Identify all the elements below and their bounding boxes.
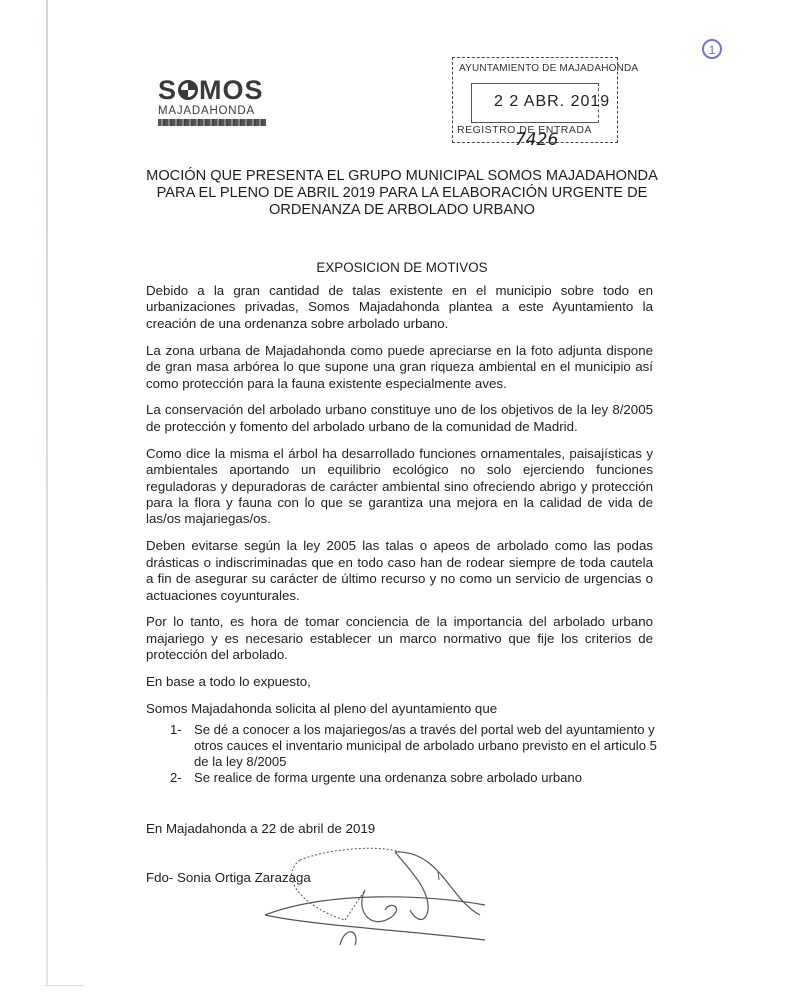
date-line: En Majadahonda a 22 de abril de 2019 [146, 821, 375, 836]
paragraph: Por lo tanto, es hora de tomar concienci… [146, 614, 653, 663]
logo-subtitle: MAJADAHONDA [158, 105, 268, 117]
somos-majadahonda-logo: S MOS MAJADAHONDA [158, 76, 268, 126]
paragraph: Como dice la misma el árbol ha desarroll… [146, 446, 653, 528]
section-heading: EXPOSICION DE MOTIVOS [146, 260, 658, 275]
document-body: Debido a la gran cantidad de talas exist… [146, 283, 653, 728]
stamp-date: 2 2 ABR. 2019 [494, 93, 610, 111]
logo-wordmark: S MOS [158, 76, 268, 104]
list-text: Se dé a conocer a los majariegos/as a tr… [194, 722, 660, 770]
paragraph: Deben evitarse según la ley 2005 las tal… [146, 538, 653, 604]
paragraph: La zona urbana de Majadahonda como puede… [146, 343, 653, 392]
list-item: 1- Se dé a conocer a los majariegos/as a… [170, 722, 660, 770]
stamp-number: 7426 [515, 130, 558, 150]
registry-stamp: AYUNTAMIENTO DE MAJADAHONDA 2 2 ABR. 201… [452, 57, 618, 143]
stamp-office: AYUNTAMIENTO DE MAJADAHONDA [459, 63, 638, 74]
signature-icon [250, 840, 490, 955]
paragraph: Debido a la gran cantidad de talas exist… [146, 283, 653, 332]
document-title: MOCIÓN QUE PRESENTA EL GRUPO MUNICIPAL S… [146, 168, 658, 219]
scan-edge [46, 0, 48, 985]
requests-list: 1- Se dé a conocer a los majariegos/as a… [170, 722, 660, 786]
paragraph: En base a todo lo expuesto, [146, 674, 653, 690]
list-item: 2- Se realice de forma urgente una orden… [170, 770, 660, 786]
page-number-mark: 1 [702, 39, 722, 59]
paragraph: Somos Majadahonda solicita al pleno del … [146, 701, 653, 717]
paragraph: La conservación del arbolado urbano cons… [146, 402, 653, 435]
scan-edge-bottom [44, 985, 84, 986]
list-number: 1- [170, 722, 194, 770]
list-number: 2- [170, 770, 194, 786]
list-text: Se realice de forma urgente una ordenanz… [194, 770, 660, 786]
logo-letter-s: S [158, 76, 177, 104]
stamp-date-box: 2 2 ABR. 2019 [471, 83, 599, 123]
logo-band [158, 119, 266, 126]
logo-o-icon [178, 80, 198, 100]
logo-letters-mos: MOS [199, 76, 264, 104]
